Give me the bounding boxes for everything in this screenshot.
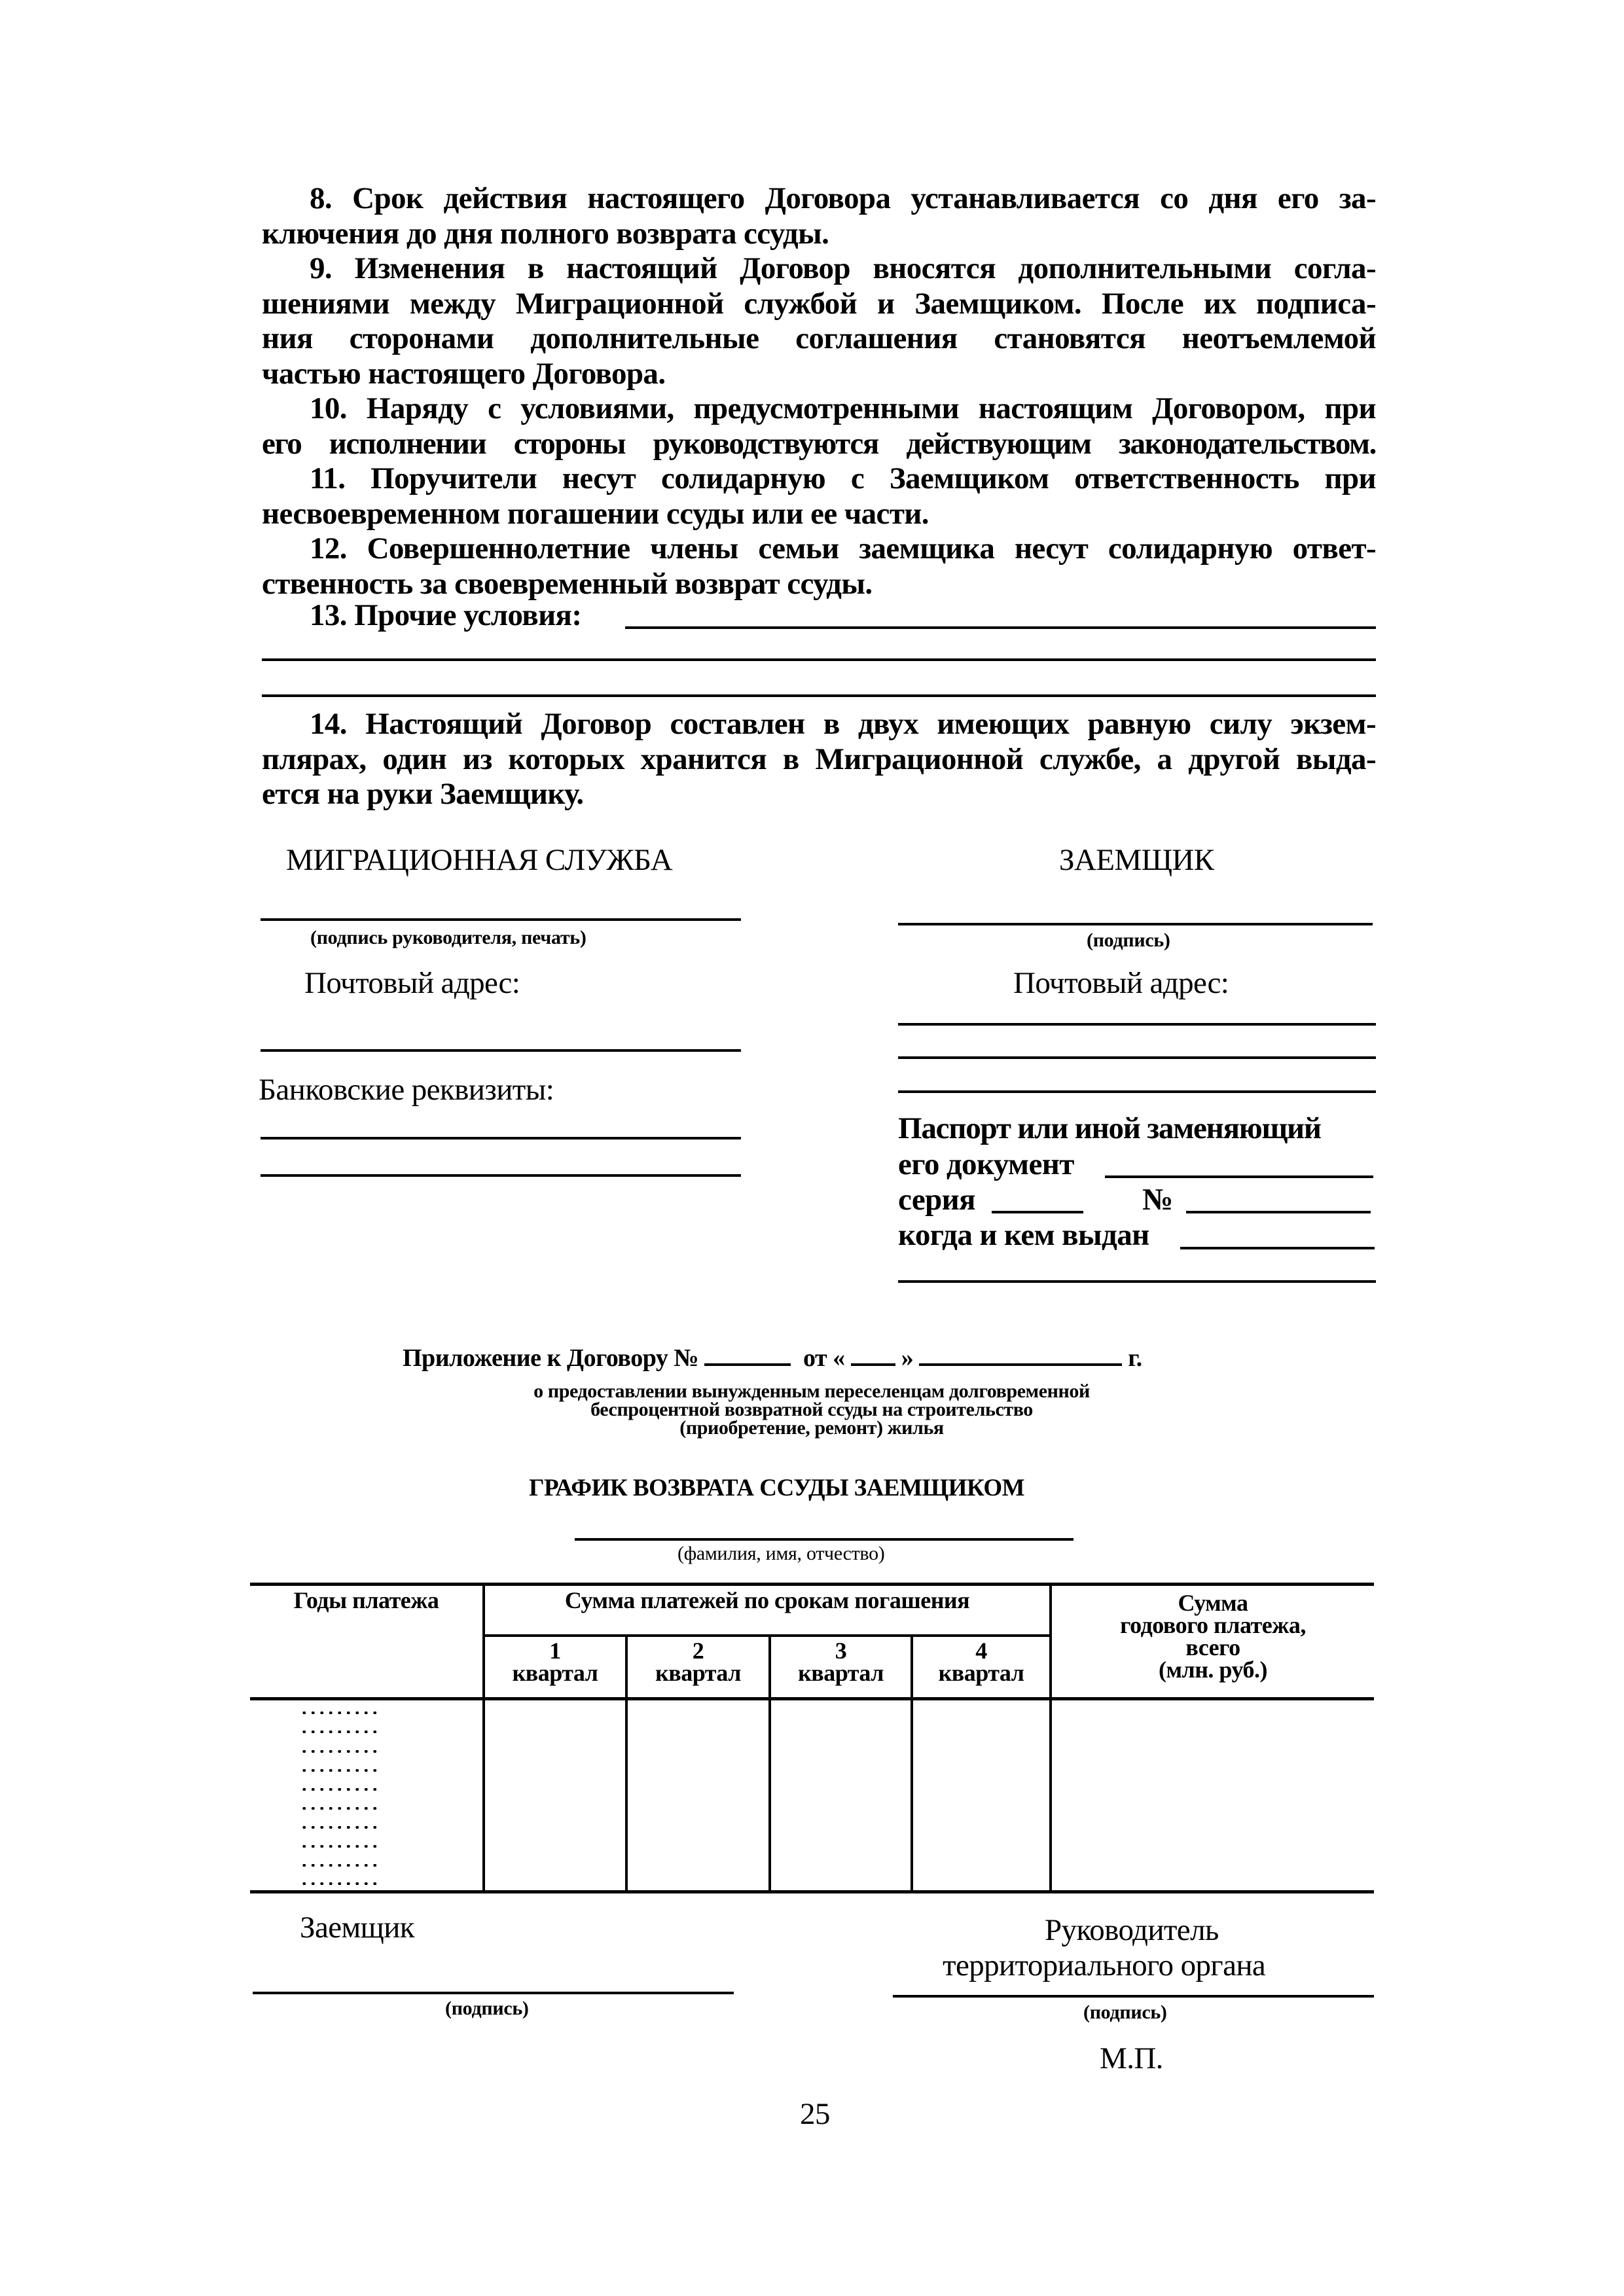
territorial-head-signature-line[interactable]	[893, 1995, 1374, 1998]
other-conditions-line-1[interactable]	[625, 626, 1376, 629]
other-conditions-line-3[interactable]	[262, 694, 1376, 697]
migration-signature-caption: (подпись руководителя, печать)	[310, 927, 586, 949]
passport-series-field[interactable]	[992, 1211, 1083, 1213]
clause-line: 14. Настоящий Договор составлен в двух и…	[262, 707, 1376, 742]
borrower-final-signature-line[interactable]	[253, 1992, 734, 1994]
annual-total-line: годового платежа,	[1052, 1614, 1374, 1636]
migration-bank-line-1[interactable]	[261, 1137, 741, 1139]
borrower-postal-label: Почтовый адрес:	[1013, 965, 1229, 1001]
year-placeholder-row[interactable]	[300, 1769, 380, 1772]
annual-total-line: всего	[1052, 1636, 1374, 1659]
migration-bank-label: Банковские реквизиты:	[259, 1072, 554, 1107]
borrower-postal-line-2[interactable]	[898, 1056, 1376, 1059]
clause-line: 10. Наряду с условиями, предусмотренными…	[262, 391, 1376, 427]
borrower-postal-line-1[interactable]	[898, 1023, 1376, 1026]
passport-issued-label: когда и кем выдан	[898, 1217, 1149, 1253]
year-placeholder-row[interactable]	[300, 1826, 380, 1829]
quarter-label: квартал	[913, 1662, 1049, 1684]
passport-label: Паспорт или иной заменяющий	[898, 1111, 1321, 1146]
quarter-number: 1	[485, 1640, 625, 1662]
table-bottom-border	[250, 1890, 1374, 1893]
passport-issued-field[interactable]	[1180, 1247, 1375, 1249]
header-quarter-4: 4 квартал	[913, 1640, 1049, 1684]
year-placeholder-row[interactable]	[300, 1750, 380, 1753]
quarter-label: квартал	[485, 1662, 625, 1684]
year-placeholder-row[interactable]	[300, 1807, 380, 1810]
clause-line: шениями между Миграционной службой и Зае…	[262, 287, 1376, 322]
borrower-name-caption: (фамилия, имя, отчество)	[677, 1543, 885, 1565]
territorial-head-label-2: территориального органа	[943, 1948, 1265, 1983]
seal-label: М.П.	[1100, 2041, 1163, 2076]
clause-line: несвоевременном погашении ссуды или ее ч…	[262, 497, 1376, 532]
passport-series-label: серия	[898, 1182, 975, 1217]
header-payments-group: Сумма платежей по срокам погашения	[485, 1589, 1049, 1611]
clause-9: 9. Изменения в настоящий Договор вносятс…	[262, 251, 1376, 391]
year-placeholder-row[interactable]	[300, 1731, 380, 1733]
annex-heading-year: г.	[1128, 1344, 1142, 1372]
header-years: Годы платежа	[250, 1589, 482, 1611]
page-number: 25	[800, 2096, 830, 2132]
quarter-number: 2	[628, 1640, 768, 1662]
clause-line: ключения до дня полного возврата ссуды.	[262, 217, 1376, 252]
passport-doc-label: его документ	[898, 1147, 1074, 1182]
clause-8: 8. Срок действия настоящего Договора уст…	[262, 181, 1376, 251]
annex-subtitle-line: (приобретение, ремонт) жилья	[419, 1419, 1204, 1437]
clause-line: частью настоящего Договора.	[262, 357, 1376, 392]
clause-line: ственность за своевременный возврат ссуд…	[262, 567, 1376, 602]
quarter-number: 4	[913, 1640, 1049, 1662]
borrower-postal-line-3[interactable]	[898, 1090, 1376, 1093]
year-placeholder-row[interactable]	[300, 1864, 380, 1867]
passport-number-label: №	[1142, 1182, 1173, 1217]
clause-line: 11. Поручители несут солидарную с Заемщи…	[262, 461, 1376, 497]
year-placeholder-row[interactable]	[300, 1882, 380, 1885]
passport-number-field[interactable]	[1186, 1211, 1371, 1213]
migration-service-title: МИГРАЦИОННАЯ СЛУЖБА	[286, 842, 672, 878]
territorial-head-label-1: Руководитель	[1045, 1912, 1219, 1948]
table-subheader-border	[484, 1634, 1051, 1637]
annex-subtitle: о предоставлении вынужденным переселенца…	[419, 1382, 1204, 1437]
clause-10: 10. Наряду с условиями, предусмотренными…	[262, 391, 1376, 461]
schedule-title: ГРАФИК ВОЗВРАТА ССУДЫ ЗАЕМЩИКОМ	[529, 1474, 1024, 1502]
annual-total-line: (млн. руб.)	[1052, 1659, 1374, 1681]
passport-doc-field[interactable]	[1105, 1175, 1373, 1178]
clause-line: его исполнении стороны руководствуются д…	[262, 427, 1376, 462]
clause-line: ется на руки Заемщику.	[262, 777, 1376, 812]
annual-total-line: Сумма	[1052, 1592, 1374, 1614]
quarter-label: квартал	[771, 1662, 911, 1684]
migration-bank-line-2[interactable]	[261, 1174, 741, 1177]
migration-signature-line[interactable]	[261, 918, 741, 921]
contract-day-field[interactable]	[851, 1359, 895, 1366]
clause-12: 12. Совершеннолетние члены семьи заемщик…	[262, 531, 1376, 601]
borrower-signature-line[interactable]	[898, 923, 1373, 925]
clause-line: 8. Срок действия настоящего Договора уст…	[262, 181, 1376, 217]
clause-14: 14. Настоящий Договор составлен в двух и…	[262, 707, 1376, 812]
territorial-head-signature-caption: (подпись)	[1083, 2001, 1167, 2024]
header-quarter-1: 1 квартал	[485, 1640, 625, 1684]
clause-13-label: 13. Прочие условия:	[310, 598, 581, 633]
annex-subtitle-line: о предоставлении вынужденным переселенца…	[419, 1382, 1204, 1401]
clause-line: 12. Совершеннолетние члены семьи заемщик…	[262, 531, 1376, 567]
header-annual-total: Сумма годового платежа, всего (млн. руб.…	[1052, 1592, 1374, 1681]
annex-heading: Приложение к Договору № от « » г.	[403, 1344, 1142, 1372]
quarter-number: 3	[771, 1640, 911, 1662]
year-placeholder-row[interactable]	[300, 1712, 380, 1714]
borrower-title: ЗАЕМЩИК	[1059, 842, 1214, 878]
borrower-name-field[interactable]	[575, 1538, 1074, 1541]
annex-heading-quote-close: »	[901, 1344, 914, 1372]
contract-number-field[interactable]	[704, 1359, 791, 1366]
table-top-border	[250, 1583, 1374, 1586]
table-header-bottom-border	[250, 1697, 1374, 1700]
header-quarter-2: 2 квартал	[628, 1640, 768, 1684]
borrower-sign-label: Заемщик	[300, 1910, 414, 1945]
other-conditions-line-2[interactable]	[262, 658, 1376, 661]
clause-line: 9. Изменения в настоящий Договор вносятс…	[262, 251, 1376, 287]
annex-heading-from: от «	[803, 1344, 845, 1372]
clause-line: плярах, один из которых хранится в Мигра…	[262, 742, 1376, 778]
contract-month-field[interactable]	[919, 1359, 1122, 1366]
migration-postal-line[interactable]	[261, 1049, 741, 1052]
table-col-divider	[482, 1584, 485, 1892]
annex-subtitle-line: беспроцентной возвратной ссуды на строит…	[419, 1401, 1204, 1419]
borrower-final-signature-caption: (подпись)	[445, 1998, 529, 2020]
migration-postal-label: Почтовый адрес:	[304, 965, 520, 1001]
passport-issued-field-2[interactable]	[898, 1280, 1376, 1283]
year-placeholder-row[interactable]	[300, 1845, 380, 1848]
borrower-signature-caption: (подпись)	[1087, 929, 1170, 952]
annex-heading-prefix: Приложение к Договору №	[403, 1344, 698, 1372]
quarter-label: квартал	[628, 1662, 768, 1684]
clause-11: 11. Поручители несут солидарную с Заемщи…	[262, 461, 1376, 531]
clause-line: ния сторонами дополнительные соглашения …	[262, 321, 1376, 357]
year-placeholder-row[interactable]	[300, 1788, 380, 1791]
header-quarter-3: 3 квартал	[771, 1640, 911, 1684]
